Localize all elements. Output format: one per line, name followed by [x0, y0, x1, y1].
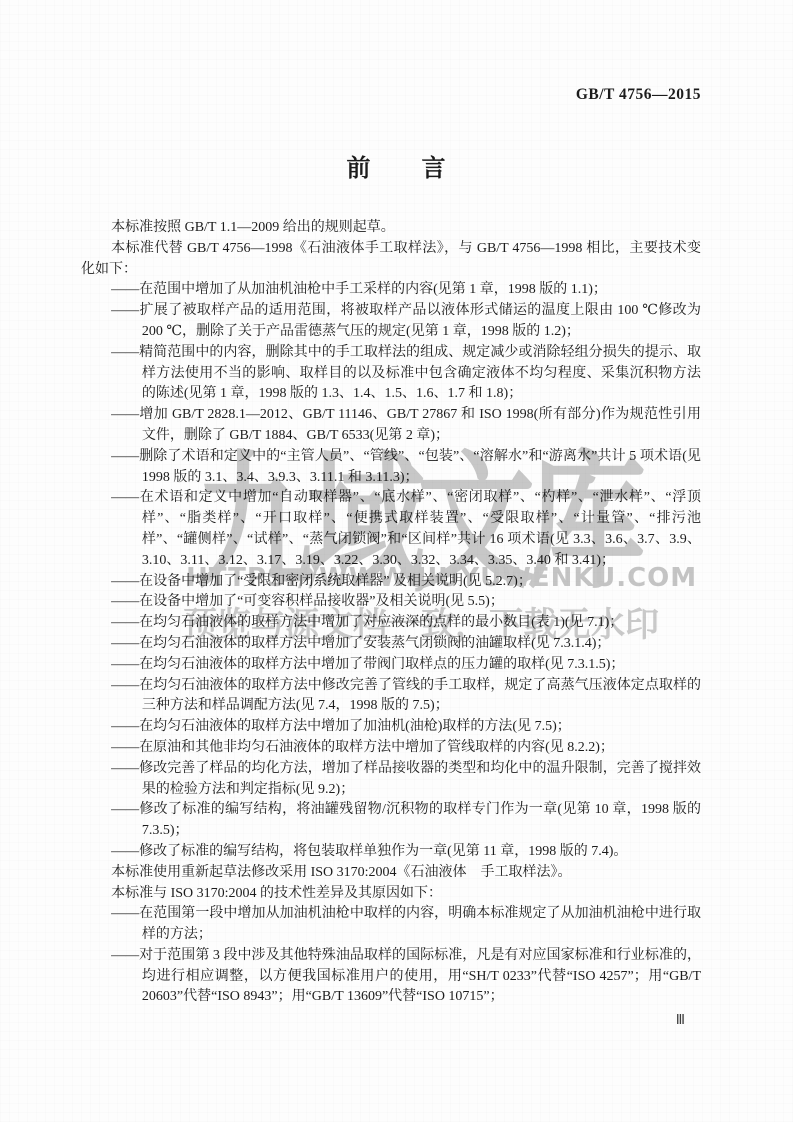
foreword-paragraph: 本标准使用重新起草法修改采用 ISO 3170:2004《石油液体 手工取样法》…: [81, 863, 701, 884]
change-list-item: ——在均匀石油液体的取样方法中增加了带阀门取样点的压力罐的取样(见 7.3.1.…: [81, 655, 701, 676]
change-list-item: ——在原油和其他非均匀石油液体的取样方法中增加了管线取样的内容(见 8.2.2)…: [81, 738, 701, 759]
change-list-item: ——修改了标准的编写结构，将包装取样单独作为一章(见第 11 章，1998 版的…: [81, 842, 701, 863]
foreword-paragraph: 本标准与 ISO 3170:2004 的技术性差异及其原因如下：: [81, 884, 701, 905]
foreword-paragraph: 本标准代替 GB/T 4756—1998《石油液体手工取样法》，与 GB/T 4…: [81, 239, 701, 281]
page-title: 前 言: [0, 148, 793, 183]
change-list-item: ——精简范围中的内容，删除其中的手工取样法的组成、规定减少或消除轻组分损失的提示…: [81, 343, 701, 405]
change-list-item: ——删除了术语和定义中的“主管人员”、“管线”、“包装”、“溶解水”和“游离水”…: [81, 447, 701, 489]
page-number: Ⅲ: [676, 1012, 685, 1028]
change-list-item: ——在术语和定义中增加“自动取样器”、“底水样”、“密闭取样”、“杓样”、“泄水…: [81, 488, 701, 571]
change-list-item: ——对于范围第 3 段中涉及其他特殊油品取样的国际标准，凡是有对应国家标准和行业…: [81, 946, 701, 1008]
standard-document-page: GB/T 4756—2015 前 言 本标准按照 GB/T 1.1—2009 给…: [0, 0, 793, 1122]
change-list-item: ——修改了标准的编写结构，将油罐残留物/沉积物的取样专门作为一章(见第 10 章…: [81, 800, 701, 842]
change-list-item: ——在均匀石油液体的取样方法中修改完善了管线的手工取样，规定了高蒸气压液体定点取…: [81, 676, 701, 718]
change-list-item: ——增加 GB/T 2828.1—2012、GB/T 11146、GB/T 27…: [81, 405, 701, 447]
foreword-body: 本标准按照 GB/T 1.1—2009 给出的规则起草。 本标准代替 GB/T …: [81, 218, 701, 1008]
change-list-item: ——在范围第一段中增加从加油机油枪中取样的内容，明确本标准规定了从加油机油枪中进…: [81, 904, 701, 946]
change-list-item: ——在均匀石油液体的取样方法中增加了加油机(油枪)取样的方法(见 7.5)；: [81, 717, 701, 738]
change-list-item: ——在范围中增加了从加油机油枪中手工采样的内容(见第 1 章，1998 版的 1…: [81, 280, 701, 301]
change-list-item: ——在设备中增加了“受限和密闭系统取样器” 及相关说明(见 5.2.7)；: [81, 572, 701, 593]
change-list-item: ——在设备中增加了“可变容积样品接收器”及相关说明(见 5.5)；: [81, 592, 701, 613]
change-list-item: ——在均匀石油液体的取样方法中增加了对应液深的点样的最小数目(表 1)(见 7.…: [81, 613, 701, 634]
foreword-paragraph: 本标准按照 GB/T 1.1—2009 给出的规则起草。: [81, 218, 701, 239]
standard-number-header: GB/T 4756—2015: [576, 86, 701, 104]
change-list-item: ——在均匀石油液体的取样方法中增加了安装蒸气闭锁阀的油罐取样(见 7.3.1.4…: [81, 634, 701, 655]
change-list-item: ——修改完善了样品的均化方法，增加了样品接收器的类型和均化中的温升限制，完善了搅…: [81, 759, 701, 801]
change-list-item: ——扩展了被取样产品的适用范围，将被取样产品以液体形式储运的温度上限由 100 …: [81, 301, 701, 343]
